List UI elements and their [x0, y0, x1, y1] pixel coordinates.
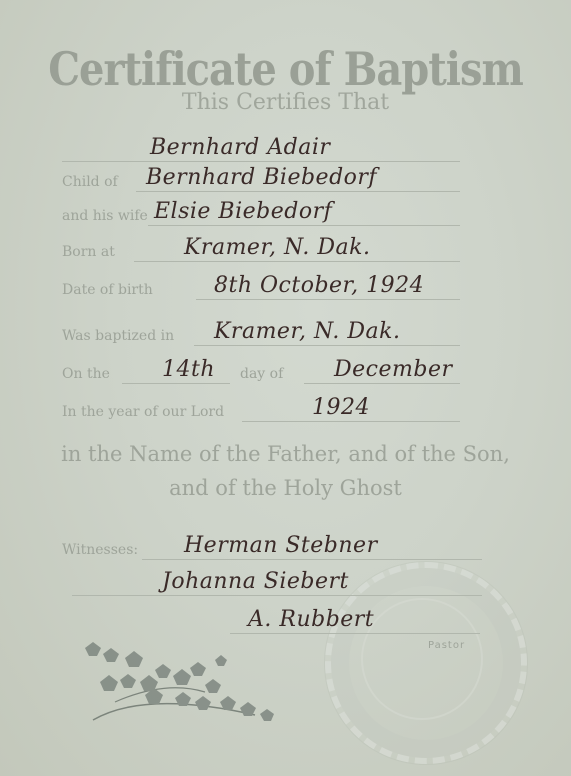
pastor-signature: A. Rubbert	[248, 607, 374, 632]
field-label: Date of birth	[62, 282, 153, 298]
baptism-place: Kramer, N. Dak.	[214, 319, 400, 344]
birth-place: Kramer, N. Dak.	[184, 235, 370, 260]
formula-line-2: and of the Holy Ghost	[0, 476, 571, 500]
certificate-paper: Certificate of Baptism This Certifies Th…	[0, 0, 571, 776]
field-row-year: In the year of our Lord 1924	[62, 396, 460, 426]
field-label: In the year of our Lord	[62, 404, 224, 420]
certificate-title: Certificate of Baptism	[0, 42, 571, 96]
ivy-sprig-icon	[85, 640, 285, 730]
witness-name: Johanna Siebert	[162, 569, 349, 594]
field-label: and his wife	[62, 208, 148, 224]
rule-line	[62, 161, 460, 162]
baptism-month: December	[334, 357, 452, 382]
witness-name: Herman Stebner	[184, 533, 378, 558]
mother-name: Elsie Biebedorf	[154, 199, 332, 224]
witness-row-1: Witnesses: Herman Stebner	[62, 534, 482, 564]
field-label: Was baptized in	[62, 328, 174, 344]
rule-line	[122, 383, 230, 384]
rule-line	[242, 421, 460, 422]
field-row-baptized-in: Was baptized in Kramer, N. Dak.	[62, 320, 460, 350]
field-row-date-of-birth: Date of birth 8th October, 1924	[62, 274, 460, 304]
child-name: Bernhard Adair	[150, 135, 330, 160]
certificate-subtitle: This Certifies That	[0, 90, 571, 115]
formula-line-1: in the Name of the Father, and of the So…	[0, 442, 571, 466]
rule-line	[134, 261, 460, 262]
child-name-row: Bernhard Adair	[62, 136, 460, 166]
pastor-label: Pastor	[428, 640, 465, 651]
witnesses-label: Witnesses:	[62, 542, 138, 558]
rule-line	[136, 191, 460, 192]
rule-line	[148, 225, 460, 226]
field-label: Child of	[62, 174, 118, 190]
rule-line	[304, 383, 460, 384]
field-label: Born at	[62, 244, 115, 260]
baptism-year: 1924	[312, 395, 370, 420]
field-row-on-the: On the 14th day of December	[62, 358, 460, 388]
baptism-day: 14th	[162, 357, 215, 382]
father-name: Bernhard Biebedorf	[146, 165, 377, 190]
field-label: On the	[62, 366, 110, 382]
rule-line	[72, 595, 482, 596]
birth-date: 8th October, 1924	[214, 273, 424, 298]
rule-line	[230, 633, 480, 634]
rule-line	[194, 345, 460, 346]
field-row-wife: and his wife Elsie Biebedorf	[62, 200, 460, 230]
rule-line	[196, 299, 460, 300]
witness-row-2: Johanna Siebert	[62, 570, 482, 600]
pastor-row: A. Rubbert	[230, 608, 480, 638]
rule-line	[142, 559, 482, 560]
day-of-label: day of	[240, 366, 283, 382]
field-row-born-at: Born at Kramer, N. Dak.	[62, 236, 460, 266]
field-row-child-of: Child of Bernhard Biebedorf	[62, 166, 460, 196]
